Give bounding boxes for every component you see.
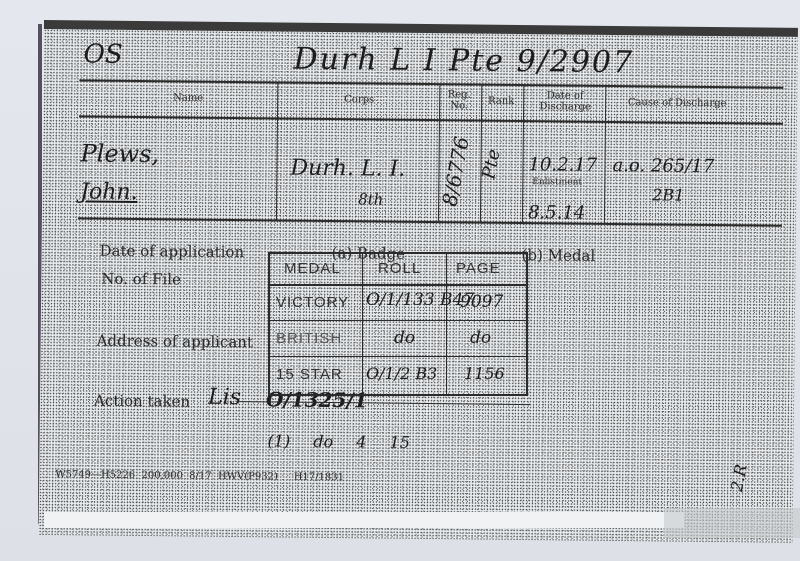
col-divider-5 [604, 87, 606, 223]
entry-enlistment-date: 8.5.14 [528, 202, 585, 224]
corner-mark: 2.R [727, 463, 751, 493]
medal-roll-table: MEDAL ROLL PAGE VICTORY O/1/133 B47 9097… [268, 252, 528, 396]
table-row-british-page: do [470, 328, 491, 348]
table-row-british-medal: BRITISH [276, 330, 342, 347]
entry-battalion: 8th [358, 190, 383, 208]
address-of-applicant-label: Address of applicant [97, 332, 254, 352]
entry-surname: Plews, [80, 139, 159, 168]
table-row-star-medal: 15 STAR [276, 366, 343, 383]
table-header-page: PAGE [456, 260, 501, 277]
no-of-file-label: No. of File [101, 270, 181, 289]
table-row-rule-1 [270, 320, 526, 321]
action-taken-label: Action taken [94, 392, 190, 411]
header-handwritten-unit: Durh L I Pte 9/2907 [293, 42, 634, 81]
entry-enlistment-label: Enlistment [532, 177, 582, 188]
entry-cause-para: 2B1 [652, 185, 684, 204]
entry-forename: John. [80, 179, 138, 205]
table-row-victory-medal: VICTORY [276, 294, 349, 311]
col-divider-4 [522, 86, 524, 222]
entry-reg-no: 8/6776 [437, 135, 474, 209]
entry-bottom-rule [78, 217, 782, 226]
header-bottom-rule [79, 115, 783, 124]
col-header-rank: Rank [481, 96, 521, 107]
action-taken-value: Lis [208, 385, 241, 410]
col-header-reg-no: Reg. No. [439, 89, 479, 111]
table-row-british-roll: do [394, 328, 415, 348]
entry-corps: Durh. L. I. [290, 156, 405, 182]
table-header-roll: ROLL [378, 260, 421, 277]
date-of-application-label: Date of application [99, 242, 244, 262]
table-row-star-page: 1156 [464, 364, 505, 383]
action-note: (1) do 4 15 [268, 431, 411, 451]
footer-print-code: W5749—H5226 200,000 8/17 HWV(P932) H17/1… [55, 469, 344, 483]
entry-rank: Pte [478, 148, 504, 181]
table-header-rule [270, 284, 526, 286]
table-row-victory-roll: O/1/133 B47 [366, 290, 474, 310]
entry-discharge-date: 10.2.17 [528, 154, 597, 176]
col-header-cause-of-discharge: Cause of Discharge [607, 97, 747, 109]
table-col-divider-2 [446, 254, 447, 394]
entry-cause-ref: a.o. 265/17 [612, 155, 714, 177]
col-header-date-of-discharge: Date of Discharge [525, 90, 605, 113]
initials-mark: OS [83, 39, 122, 69]
table-row-victory-page: 9097 [460, 292, 503, 312]
table-header-medal: MEDAL [284, 260, 341, 277]
medal-label: (b) Medal [521, 246, 595, 265]
table-col-divider-1 [362, 254, 363, 394]
col-header-name: Name [103, 92, 273, 105]
col-divider-1 [276, 83, 278, 219]
table-row-star-roll: O/1/2 B3 [366, 364, 437, 383]
card-corner-edge [664, 508, 800, 538]
table-row-rule-2 [270, 356, 526, 357]
card-bottom-edge [44, 512, 684, 528]
header-rule [79, 79, 783, 88]
col-header-corps: Corps [279, 93, 439, 106]
